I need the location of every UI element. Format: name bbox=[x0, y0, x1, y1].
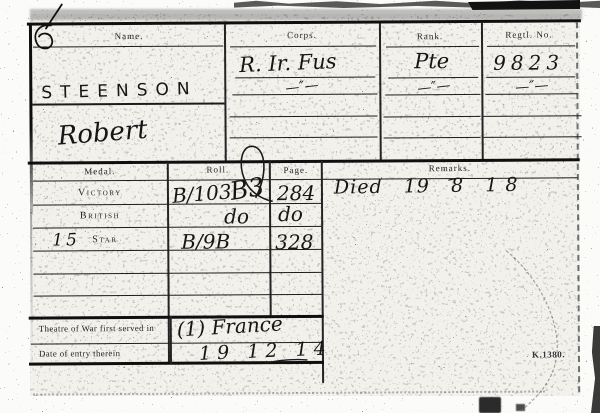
rule-line bbox=[33, 272, 321, 275]
star-page-value: 328 bbox=[275, 230, 313, 254]
card-content: Name. Corps. Rank. Regtl. No. Medal. Rol… bbox=[0, 0, 600, 413]
medal-name-victory: Victory bbox=[78, 187, 122, 198]
divider-name-corps bbox=[224, 24, 227, 162]
card-bottom-border bbox=[33, 391, 545, 396]
card-left-border-faint bbox=[30, 212, 33, 362]
card-left-border bbox=[29, 24, 33, 214]
british-roll-ditto: do bbox=[224, 204, 249, 228]
rule-line bbox=[384, 137, 481, 139]
medal-column-header: Medal. bbox=[84, 166, 115, 176]
remarks-column-header: Remarks. bbox=[429, 163, 471, 173]
divider-roll-page bbox=[269, 161, 272, 316]
rule-line bbox=[33, 226, 321, 229]
theatre-value: (1) France bbox=[176, 311, 283, 341]
rank-column-header: Rank. bbox=[417, 31, 443, 41]
name-column-header: Name. bbox=[115, 31, 144, 41]
rule-line bbox=[34, 294, 322, 297]
british-page-ditto: do bbox=[278, 202, 303, 226]
regtl-ditto-mark: —″— bbox=[515, 77, 549, 95]
victory-roll-overwrite: B3 bbox=[228, 172, 267, 206]
rule-line bbox=[229, 116, 377, 118]
surname-underline bbox=[32, 102, 224, 105]
page-column-header: Page. bbox=[283, 165, 308, 175]
rule-line bbox=[230, 137, 378, 139]
theatre-label: Theatre of War first served in bbox=[39, 323, 154, 334]
roll-column-header: Roll. bbox=[206, 164, 229, 174]
rule-line bbox=[230, 46, 376, 48]
corner-pen-mark bbox=[35, 4, 62, 48]
medal-name-british: British bbox=[80, 210, 121, 221]
remarks-value: Died 19 8 1 8 bbox=[334, 174, 519, 199]
corps-column-header: Corps. bbox=[287, 30, 317, 40]
form-ref-code: K.1380. bbox=[532, 349, 565, 359]
rule-line bbox=[483, 115, 581, 117]
rule-line bbox=[484, 136, 582, 138]
divider-rank-regtl bbox=[481, 23, 484, 161]
medal-name-star: Star bbox=[92, 234, 117, 245]
scanned-medal-card: Name. Corps. Rank. Regtl. No. Medal. Rol… bbox=[0, 0, 600, 413]
rule-line bbox=[383, 116, 480, 118]
star-roll-value: B/9B bbox=[181, 229, 230, 253]
star-medal-prefix: 15 bbox=[52, 230, 80, 250]
rule-line bbox=[33, 45, 223, 47]
table-top-border bbox=[28, 158, 580, 164]
regtl-column-header: Regtl. No. bbox=[505, 29, 552, 39]
entry-date-label: Date of entry therein bbox=[39, 348, 120, 358]
paper-crease-line bbox=[506, 250, 557, 410]
card-top-border bbox=[27, 19, 581, 25]
rule-line bbox=[386, 46, 479, 48]
footer-bottom-border bbox=[29, 361, 324, 366]
rank-value: Pte bbox=[414, 49, 449, 73]
forename-handwritten: Robert bbox=[57, 115, 149, 152]
card-right-border bbox=[576, 22, 580, 392]
divider-corps-rank bbox=[379, 24, 382, 162]
regtl-no-value: 9823 bbox=[493, 50, 564, 74]
surname-handwritten: STEENSON bbox=[41, 79, 198, 103]
corps-value: R. Ir. Fus bbox=[239, 49, 337, 77]
divider-footer-label-value bbox=[170, 316, 172, 364]
rule-line bbox=[487, 45, 575, 47]
